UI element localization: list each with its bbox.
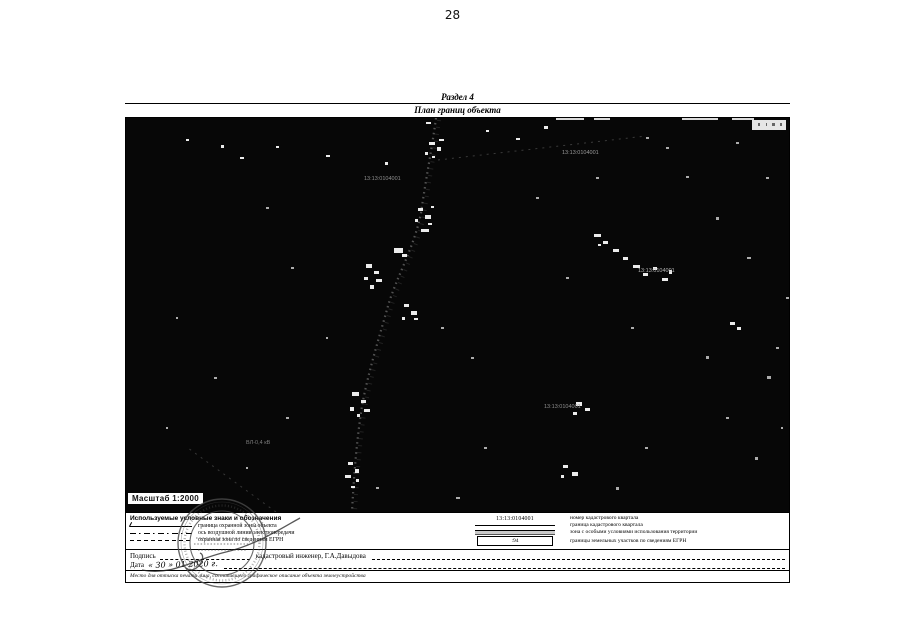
date-row: Дата « 30 » 01 2020 г. (130, 560, 785, 569)
section-title: Раздел 4 (125, 92, 790, 104)
map-label: 13:13:0104001 (544, 404, 581, 410)
page-number: 28 (0, 8, 905, 22)
legend-desc: границы земельных участков по сведениям … (570, 536, 686, 546)
legend-item-label: охранная зона по сведениям ЕГРН (198, 537, 283, 544)
plan-title: План границ объекта (125, 104, 790, 117)
stamp-place-note: Место для оттиска печати лица, составивш… (126, 570, 789, 582)
legend-item-label: ось воздушной линии электропередачи (198, 530, 294, 537)
map-label: 13:13:0104001 (562, 150, 599, 156)
plan-frame: 13:13:0104001 13:13:0104001 13:13:010400… (125, 117, 790, 583)
legend-desc: граница кадастрового квартала (570, 522, 643, 529)
legend-left-column: Используемые условные знаки и обозначени… (130, 515, 430, 546)
boundary-plan-map: 13:13:0104001 13:13:0104001 13:13:010400… (126, 118, 789, 512)
signature-label: Подпись (130, 552, 156, 560)
dashed-line-symbol (130, 540, 192, 541)
map-label: ВЛ-0,4 кВ (246, 440, 271, 446)
rule-line (224, 561, 785, 569)
aerial-imagery: 13:13:0104001 13:13:0104001 13:13:010400… (126, 118, 789, 512)
map-label: 13:13:0104001 (364, 176, 401, 182)
rule-line (372, 552, 785, 560)
map-corner-label (752, 120, 786, 130)
map-label: 13:13:0104001 (638, 268, 675, 274)
legend-item: ось воздушной линии электропередачи (130, 530, 430, 537)
special-zone-symbol (475, 530, 555, 535)
dash-dot-line-symbol (130, 533, 192, 534)
legend-header: Используемые условные знаки и обозначени… (130, 515, 430, 523)
legend-item: граница охранной зоны объекта (130, 523, 430, 530)
cadastral-quarter-number: 13:13:0104001 (460, 516, 570, 522)
signature-block: Подпись кадастровый инженер, Г.А.Давыдов… (126, 549, 789, 570)
solid-line-symbol (130, 526, 192, 527)
legend-desc: номер кадастрового квартала (570, 515, 638, 522)
legend-section: Используемые условные знаки и обозначени… (126, 512, 789, 549)
legend-item: охранная зона по сведениям ЕГРН (130, 537, 430, 544)
map-scale-label: Масштаб 1:2000 (128, 493, 203, 504)
legend-desc: зона с особыми условиями использования т… (570, 529, 697, 536)
legend-right-columns: 13:13:0104001 :94 номер кадастрового ква… (460, 515, 785, 546)
signature-row: Подпись кадастровый инженер, Г.А.Давыдов… (130, 551, 785, 560)
land-plot-symbol: :94 (477, 536, 553, 546)
map-cadastral-labels: 13:13:0104001 13:13:0104001 13:13:010400… (246, 150, 675, 446)
legend-symbol-column: 13:13:0104001 :94 (460, 515, 570, 546)
handwritten-date: « 30 » 01 2020 г. (148, 559, 218, 570)
date-label: Дата (130, 561, 144, 569)
document-page: { "page_number": "28", "titles": { "sect… (0, 0, 905, 640)
quarter-boundary-symbol (475, 525, 555, 526)
edge-ticks (556, 118, 754, 120)
plan-sheet: Раздел 4 План границ объекта (125, 92, 790, 583)
legend-item-label: граница охранной зоны объекта (198, 523, 277, 530)
track-line (438, 136, 646, 160)
legend-description-column: номер кадастрового квартала граница када… (570, 515, 785, 546)
engineer-name: кадастровый инженер, Г.А.Давыдова (256, 552, 366, 560)
building-clusters (186, 122, 741, 488)
